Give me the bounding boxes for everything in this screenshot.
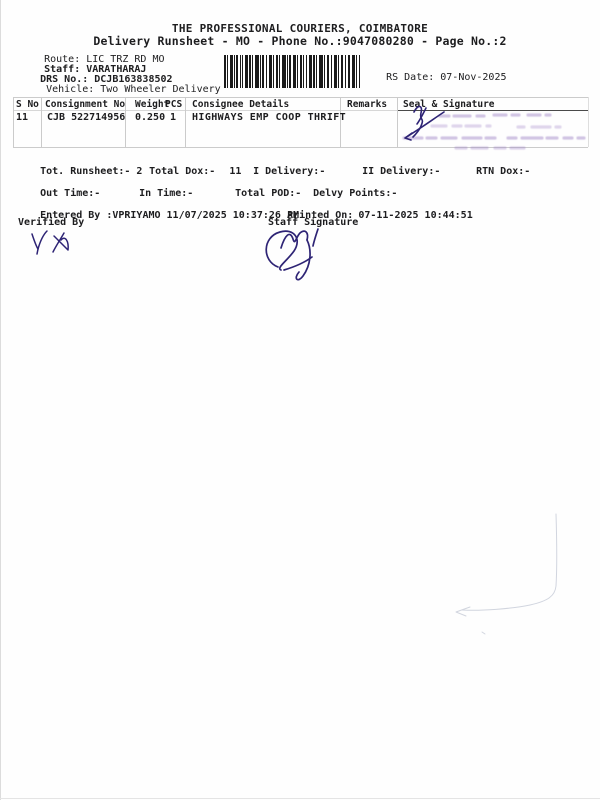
barcode xyxy=(224,55,376,88)
col-header-consignee: Consignee Details xyxy=(192,99,289,110)
printed-on-value: 07-11-2025 10:44:51 xyxy=(358,210,472,221)
total-dox-label: Total Dox:- xyxy=(149,166,215,177)
vehicle-label: Vehicle: xyxy=(46,84,94,95)
seal-stamp xyxy=(398,100,590,162)
rtn-dox-field: RTN Dox:- xyxy=(452,155,536,188)
rtn-dox-label: RTN Dox:- xyxy=(476,166,530,177)
row-weight: 0.250 xyxy=(135,112,165,123)
table-border-top xyxy=(13,97,588,98)
table-col-line-1 xyxy=(41,97,42,147)
in-time-label: In Time:- xyxy=(139,188,193,199)
row-consignee: HIGHWAYS EMP COOP THRIFT xyxy=(192,112,346,123)
row-consignment-no: CJB 522714956 xyxy=(47,112,125,123)
tot-runsheet-label: Tot. Runsheet:- xyxy=(40,166,130,177)
vehicle-value: Two Wheeler Delivery xyxy=(100,84,220,95)
ii-delivery-label: II Delivery:- xyxy=(362,166,440,177)
table-border-left xyxy=(13,97,14,147)
delvy-points-label: Delvy Points:- xyxy=(313,188,397,199)
row-sno: 11 xyxy=(16,112,28,123)
runsheet-document: THE PROFESSIONAL COURIERS, COIMBATORE De… xyxy=(0,0,600,800)
col-header-pcs: PCS xyxy=(165,99,182,110)
out-time-label: Out Time:- xyxy=(40,188,100,199)
rs-date-value: 07-Nov-2025 xyxy=(440,72,506,83)
col-header-consignment: Consignment No xyxy=(45,99,125,110)
i-delivery-label: I Delivery:- xyxy=(253,166,325,177)
row-pcs: 1 xyxy=(170,112,176,123)
staff-signature xyxy=(254,223,349,288)
col-header-sno: S No xyxy=(16,99,39,110)
col-header-remarks: Remarks xyxy=(347,99,387,110)
seal-pen-mark xyxy=(405,106,444,140)
table-col-line-3 xyxy=(185,97,186,147)
rs-date-label: RS Date: xyxy=(386,72,434,83)
scan-edge-left xyxy=(0,0,1,800)
rs-date-field: RS Date:07-Nov-2025 xyxy=(360,61,510,94)
scan-edge-bottom xyxy=(0,798,600,799)
stray-pen-mark xyxy=(440,508,600,648)
verified-by-signature xyxy=(22,227,92,259)
